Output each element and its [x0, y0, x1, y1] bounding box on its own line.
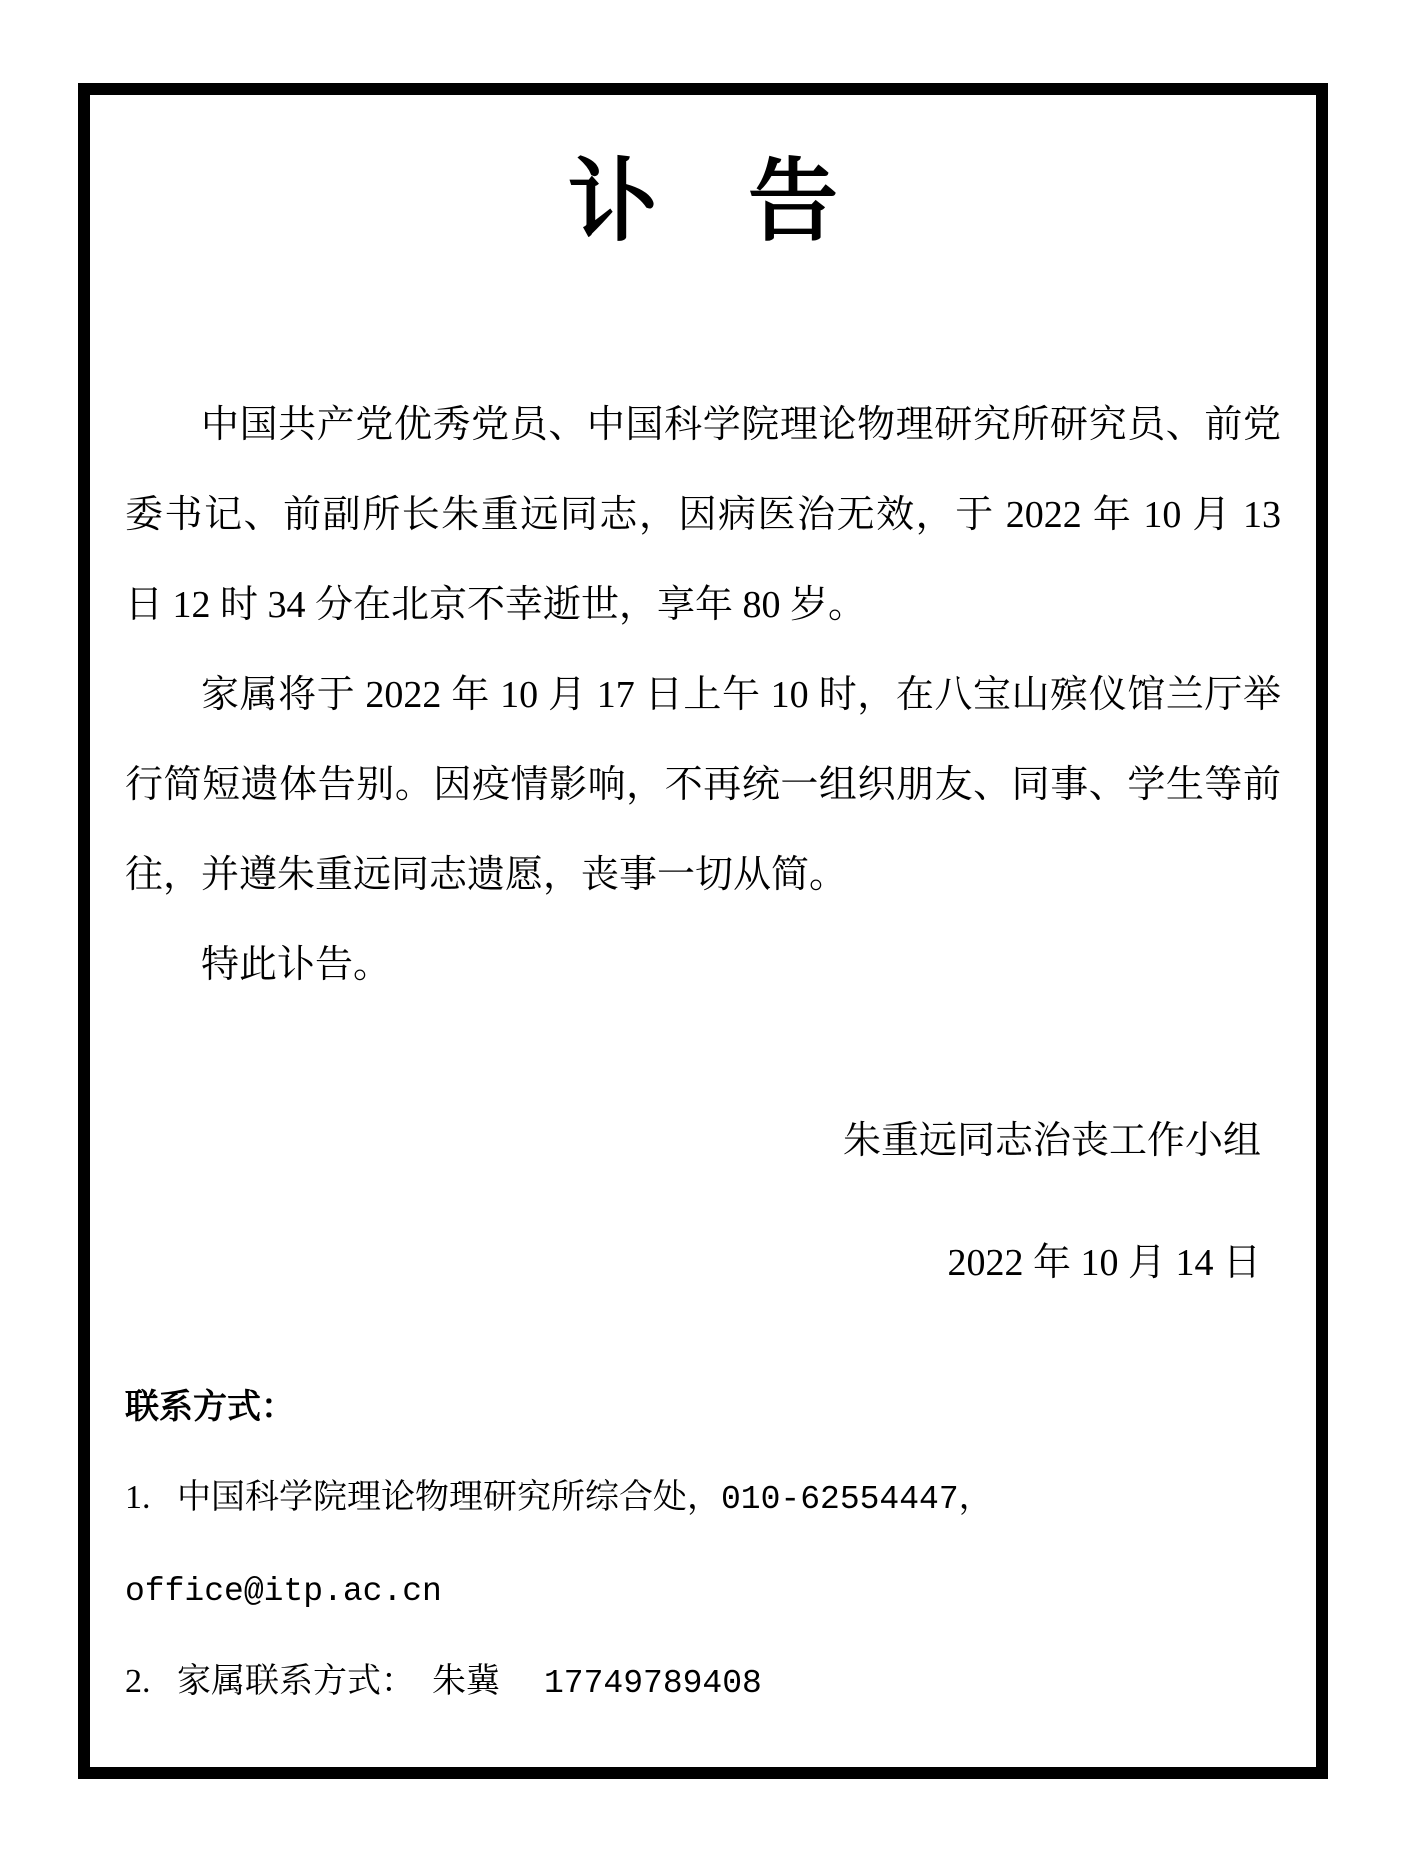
contact-label: 联系方式：	[125, 1363, 1281, 1453]
body-line: 日 12 时 34 分在北京不幸逝世，享年 80 岁。	[125, 560, 1281, 650]
body-line: 中国共产党优秀党员、中国科学院理论物理研究所研究员、前党	[125, 380, 1281, 470]
body-line: 家属将于 2022 年 10 月 17 日上午 10 时，在八宝山殡仪馆兰厅举	[125, 650, 1281, 740]
contact-family-phone: 17749789408	[544, 1665, 762, 1702]
obituary-document: 讣 告 中国共产党优秀党员、中国科学院理论物理研究所研究员、前党 委书记、前副所…	[90, 147, 1316, 1819]
document-date: 2022 年 10 月 14 日	[125, 1218, 1281, 1308]
document-title: 讣 告	[125, 147, 1281, 257]
body-line: 委书记、前副所长朱重远同志，因病医治无效，于 2022 年 10 月 13	[125, 470, 1281, 560]
contact-family-text: 家属联系方式： 朱冀	[177, 1663, 500, 1700]
item-number: 2.	[125, 1637, 177, 1727]
contact-email: office@itp.ac.cn	[125, 1573, 442, 1610]
contact-phone: 010-62554447	[721, 1481, 959, 1518]
paragraph-funeral-arrangements: 家属将于 2022 年 10 月 17 日上午 10 时，在八宝山殡仪馆兰厅举 …	[125, 650, 1281, 920]
body-line: 往，并遵朱重远同志遗愿，丧事一切从简。	[125, 830, 1281, 920]
contact-section: 联系方式： 1.中国科学院理论物理研究所综合处，010-62554447，off…	[125, 1363, 1281, 1729]
paragraph-closing: 特此讣告。	[125, 920, 1281, 1010]
item-number: 1.	[125, 1453, 177, 1543]
contact-org-text: 中国科学院理论物理研究所综合处，	[177, 1479, 721, 1516]
signature-working-group: 朱重远同志治丧工作小组	[125, 1096, 1281, 1186]
contact-item-institute: 1.中国科学院理论物理研究所综合处，010-62554447，office@it…	[125, 1453, 1281, 1637]
paragraph-death-notice: 中国共产党优秀党员、中国科学院理论物理研究所研究员、前党 委书记、前副所长朱重远…	[125, 380, 1281, 650]
contact-item-family: 2.家属联系方式： 朱冀17749789408	[125, 1637, 1281, 1729]
body-line: 行简短遗体告别。因疫情影响，不再统一组织朋友、同事、学生等前	[125, 740, 1281, 830]
document-border-frame: 讣 告 中国共产党优秀党员、中国科学院理论物理研究所研究员、前党 委书记、前副所…	[78, 83, 1328, 1779]
body-line: 特此讣告。	[125, 920, 1281, 1010]
separator: ，	[959, 1479, 993, 1516]
